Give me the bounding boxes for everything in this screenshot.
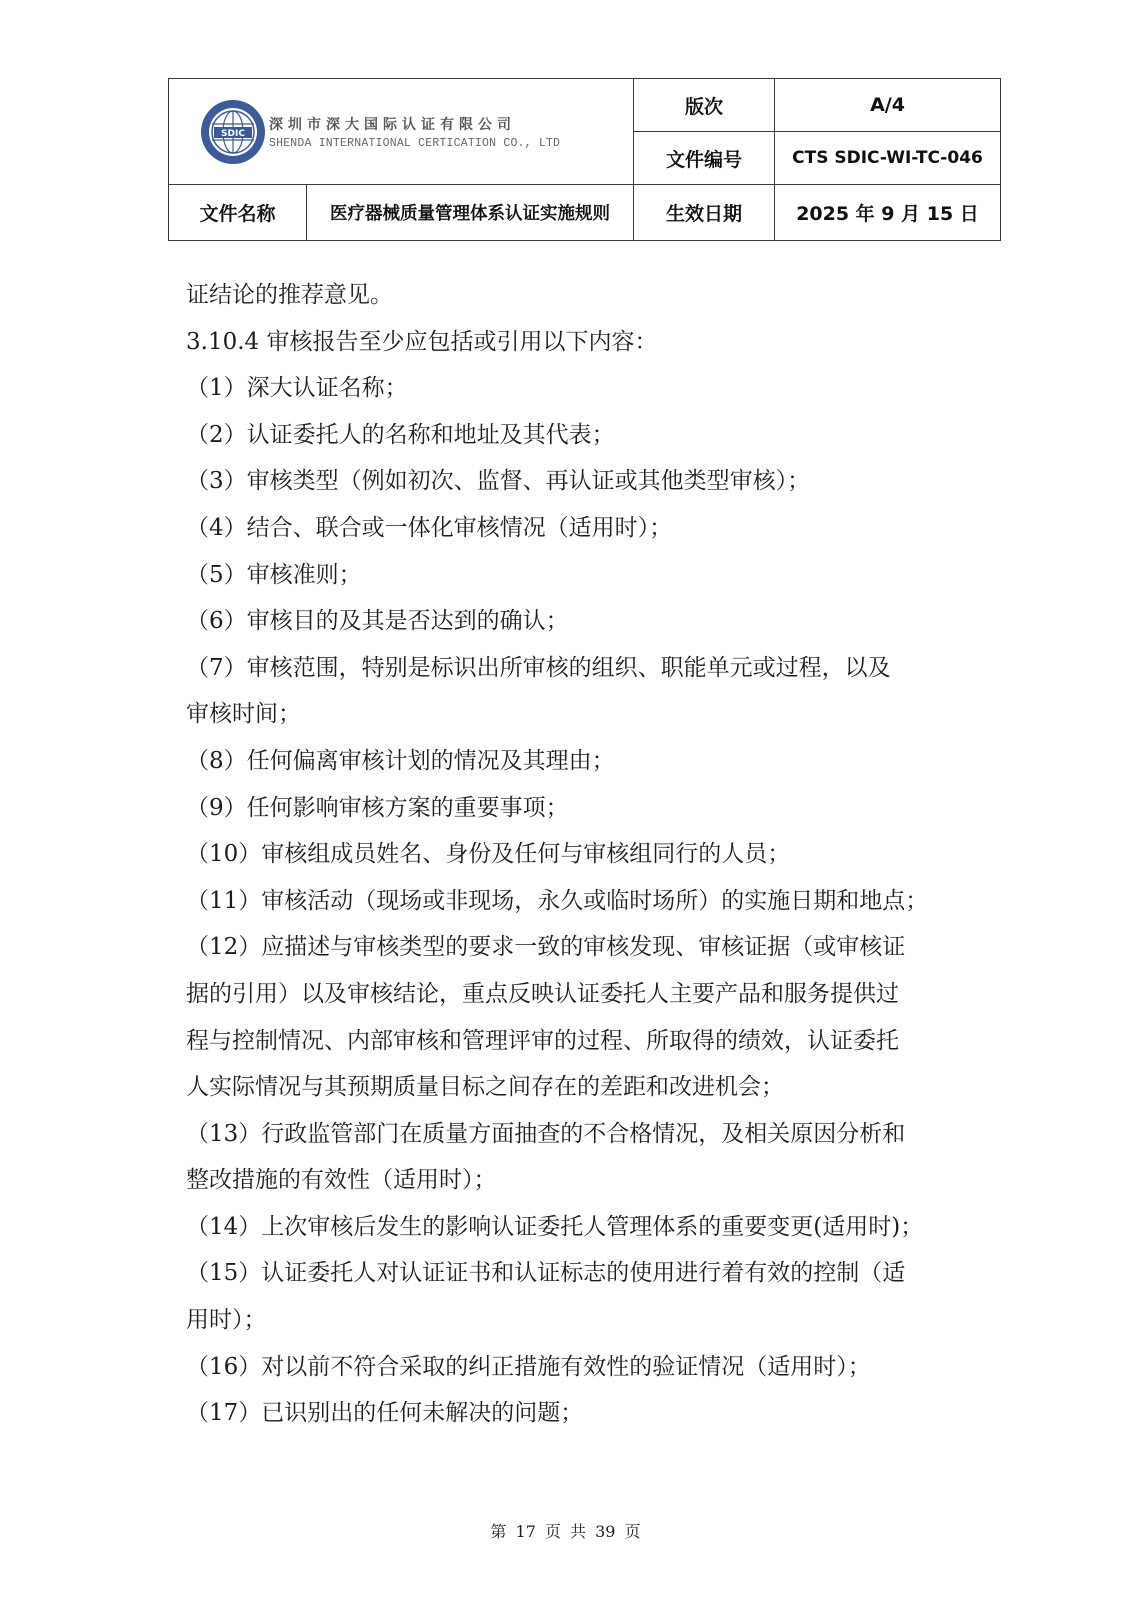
list-item: （9）任何影响审核方案的重要事项； <box>186 785 986 832</box>
list-item: （3）审核类型（例如初次、监督、再认证或其他类型审核）； <box>186 458 986 505</box>
effective-date-label: 生效日期 <box>634 185 775 241</box>
list-item-continuation: 用时）； <box>186 1297 986 1344</box>
company-name-cn: 深圳市深大国际认证有限公司 <box>269 114 560 134</box>
list-item: （8）任何偏离审核计划的情况及其理由； <box>186 738 986 785</box>
list-item: （10）审核组成员姓名、身份及任何与审核组同行的人员； <box>186 831 986 878</box>
list-item: （11）审核活动（现场或非现场，永久或临时场所）的实施日期和地点； <box>186 878 986 925</box>
doc-number-label: 文件编号 <box>634 132 775 185</box>
list-item-continuation: 审核时间； <box>186 691 986 738</box>
list-item: （12）应描述与审核类型的要求一致的审核发现、审核证据（或审核证 <box>186 924 986 971</box>
list-item-continuation: 整改措施的有效性（适用时）； <box>186 1157 986 1204</box>
body-line: 证结论的推荐意见。 <box>186 272 986 319</box>
document-body: 证结论的推荐意见。 3.10.4 审核报告至少应包括或引用以下内容： （1）深大… <box>186 272 986 1437</box>
list-item: （2）认证委托人的名称和地址及其代表； <box>186 412 986 459</box>
list-item: （5）审核准则； <box>186 552 986 599</box>
list-item: （7）审核范围，特别是标识出所审核的组织、职能单元或过程，以及 <box>186 645 986 692</box>
doc-name-label: 文件名称 <box>169 185 307 241</box>
section-heading: 3.10.4 审核报告至少应包括或引用以下内容： <box>186 319 986 366</box>
list-item-continuation: 据的引用）以及审核结论，重点反映认证委托人主要产品和服务提供过 <box>186 971 986 1018</box>
list-item-continuation: 程与控制情况、内部审核和管理评审的过程、所取得的绩效，认证委托 <box>186 1018 986 1065</box>
svg-text:SDIC: SDIC <box>221 129 245 139</box>
list-item: （16）对以前不符合采取的纠正措施有效性的验证情况（适用时）； <box>186 1344 986 1391</box>
list-item-continuation: 人实际情况与其预期质量目标之间存在的差距和改进机会； <box>186 1064 986 1111</box>
list-item: （15）认证委托人对认证证书和认证标志的使用进行着有效的控制（适 <box>186 1250 986 1297</box>
list-item: （4）结合、联合或一体化审核情况（适用时）； <box>186 505 986 552</box>
company-logo-cell: SDIC 深圳市深大国际认证有限公司 SHENDA INTERNATIONAL … <box>169 79 634 185</box>
effective-date-value: 2025 年 9 月 15 日 <box>775 185 1001 241</box>
list-item: （17）已识别出的任何未解决的问题； <box>186 1390 986 1437</box>
company-name-en: SHENDA INTERNATIONAL CERTICATION CO., LT… <box>269 137 560 150</box>
doc-number-value: CTS SDIC-WI-TC-046 <box>775 132 1001 185</box>
list-item: （14）上次审核后发生的影响认证委托人管理体系的重要变更(适用时)； <box>186 1204 986 1251</box>
list-item: （13）行政监管部门在质量方面抽查的不合格情况，及相关原因分析和 <box>186 1111 986 1158</box>
document-header-table: SDIC 深圳市深大国际认证有限公司 SHENDA INTERNATIONAL … <box>168 78 1001 241</box>
page-number: 第 17 页 共 39 页 <box>0 1519 1131 1542</box>
doc-name-value: 医疗器械质量管理体系认证实施规则 <box>307 185 634 241</box>
list-item: （1）深大认证名称； <box>186 365 986 412</box>
version-label: 版次 <box>634 79 775 132</box>
version-value: A/4 <box>775 79 1001 132</box>
company-logo-icon: SDIC <box>201 100 265 164</box>
list-item: （6）审核目的及其是否达到的确认； <box>186 598 986 645</box>
